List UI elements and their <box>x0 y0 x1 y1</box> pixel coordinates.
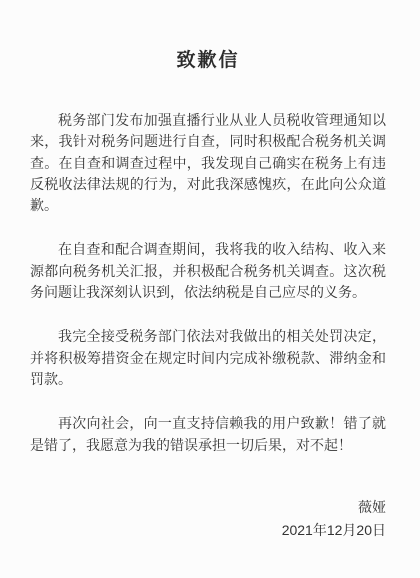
signature-block: 薇娅 2021年12月20日 <box>30 496 386 542</box>
signature-date: 2021年12月20日 <box>30 519 386 542</box>
letter-paragraph-2: 在自查和配合调查期间，我将我的收入结构、收入来源都向税务机关汇报，并积极配合税务… <box>30 239 386 303</box>
letter-paragraph-1: 税务部门发布加强直播行业从业人员税收管理通知以来，我针对税务问题进行自查，同时积… <box>30 110 386 216</box>
apology-letter-document: 致歉信 税务部门发布加强直播行业从业人员税收管理通知以来，我针对税务问题进行自查… <box>0 0 420 578</box>
letter-paragraph-4: 再次向社会，向一直支持信赖我的用户致歉！错了就是错了，我愿意为我的错误承担一切后… <box>30 413 386 456</box>
signature-name: 薇娅 <box>30 496 386 519</box>
letter-paragraph-3: 我完全接受税务部门依法对我做出的相关处罚决定，并将积极筹措资金在规定时间内完成补… <box>30 326 386 390</box>
letter-title: 致歉信 <box>30 48 386 74</box>
